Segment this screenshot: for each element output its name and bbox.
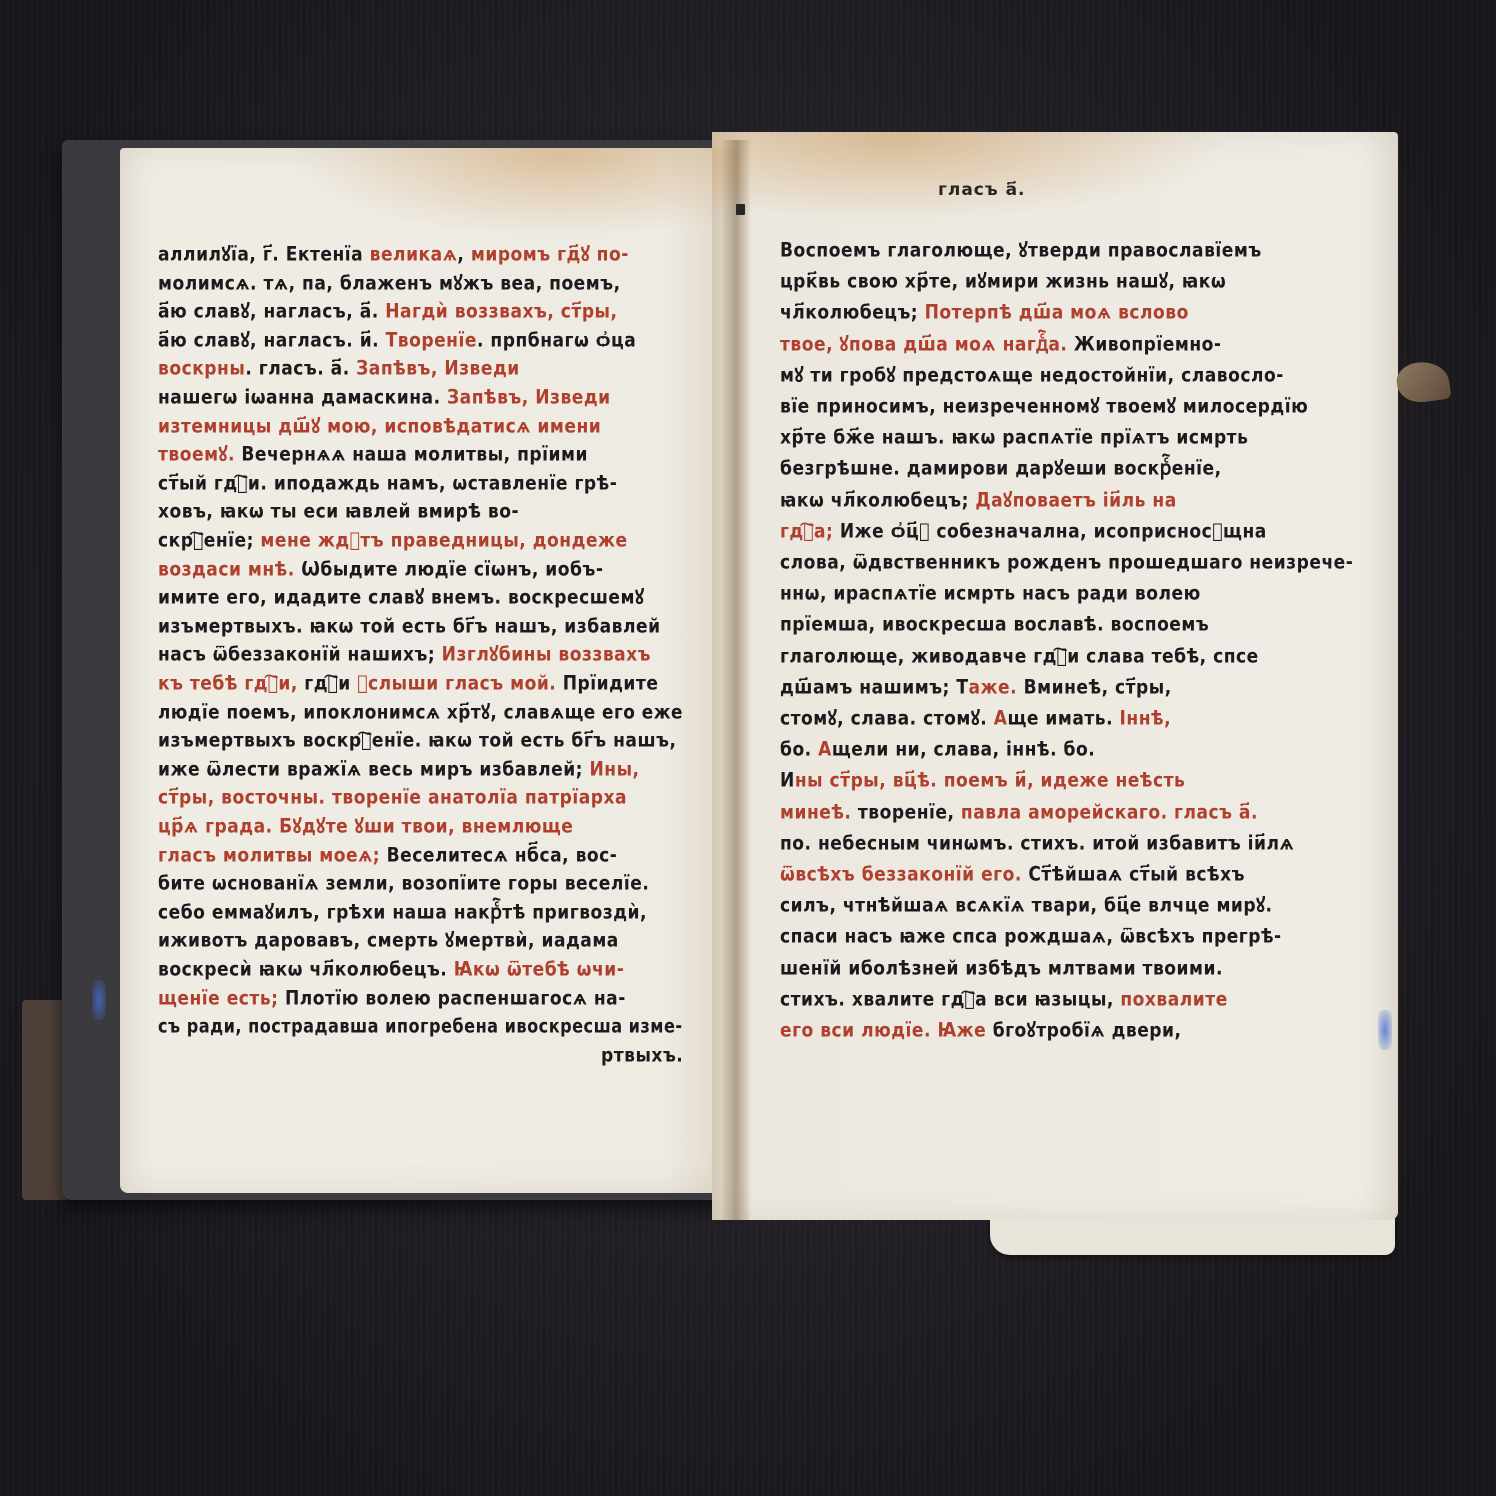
- body-text: ст҃ры,: [1115, 675, 1172, 698]
- manuscript-line: насъ ѿбеззаконїй нашихъ; Изглꙋбины воззв…: [158, 642, 651, 667]
- rubric-text: Потерпѣ дш҃а моѧ вслово: [925, 301, 1189, 324]
- body-text: Веселитесѧ нб҃са, вос-: [387, 843, 618, 866]
- manuscript-line: глаголюще, живодавче гдⷭ҇и слава тебѣ, с…: [780, 643, 1259, 668]
- blue-ink-mark: [1378, 1010, 1392, 1050]
- manuscript-line: по. небесным чинѡмъ. стихъ. итой избавит…: [780, 830, 1294, 855]
- body-text: людїе поемъ, ипоклонимсѧ хр҃тꙋ, славѧще …: [158, 700, 683, 723]
- body-text: изъмертвыхъ. ꙗкѡ той есть бг҃ъ нашъ, изб…: [158, 614, 661, 637]
- body-text: шенїй иболѣзней избѣдъ млтвами твоими.: [780, 956, 1223, 979]
- body-text: ховъ, ꙗкѡ ты еси ꙗвлей вмирѣ во-: [158, 500, 519, 523]
- body-text: стомꙋ, слава. стомꙋ.: [780, 706, 994, 729]
- manuscript-line: гласъ молитвы моеѧ; Веселитесѧ нб҃са, во…: [158, 842, 617, 867]
- manuscript-line: шенїй иболѣзней избѣдъ млтвами твоими.: [780, 955, 1223, 980]
- body-text: И: [780, 769, 795, 792]
- body-text: Воспоемъ глаголюще, ꙋтверди православїем…: [780, 238, 1262, 261]
- body-text: прїемша, ивоскресша вославѣ. воспоемъ: [780, 613, 1209, 636]
- rubric-text: , ст҃ры,: [547, 300, 617, 323]
- manuscript-line: а҃ю славꙋ, нагласъ, а҃. Нагдѝ воззвахъ, …: [158, 299, 618, 324]
- rubric-text: твоемꙋ.: [158, 443, 241, 466]
- body-text: ннѡ, ираспѧтїе исмрть насъ ради волею: [780, 582, 1201, 605]
- manuscript-line: ижив͏отъ даровавъ, смерть ꙋмертвѝ, иадам…: [158, 928, 619, 953]
- manuscript-line: Ины ст҃ры, вц҃ѣ. поемъ и҃, идеже неѣсть: [780, 768, 1185, 793]
- manuscript-line: минеѣ. творенїе, павла аморейскаго. глас…: [780, 799, 1258, 824]
- body-text: Плотїю волею распеншагосѧ на-: [285, 986, 626, 1009]
- manuscript-line: спаси насъ ꙗже спса рождшаѧ, ѿвсѣхъ прег…: [780, 924, 1282, 949]
- body-text: мꙋ ти гробꙋ предстоѧще недостойнїи, слав…: [780, 363, 1284, 386]
- manuscript-line: нашегѡ іѡанна дамаскина. Запѣвъ, Изведи: [158, 384, 611, 409]
- manuscript-line: аллилꙋїа, г҃. Ектенїа великаѧ, миромъ гд…: [158, 241, 629, 266]
- body-text: Иже ѻ҆ц҃ꙋ собезначална, исоприсносꙋщна: [840, 519, 1267, 542]
- manuscript-line: твое, ꙋпова дш҃а моѧ нагдⷭ҇а. Живопрїемн…: [780, 331, 1221, 356]
- manuscript-line: къ тебѣ гдⷭ҇и, гдⷭ҇и ꙋслыши гласъ мой. П…: [158, 670, 658, 695]
- manuscript-line: изтемницы дш҃ꙋ мою, исповѣдатисѧ имени: [158, 413, 601, 438]
- rubric-text: воздаси мнѣ.: [158, 557, 301, 580]
- body-text: щели ни, слава, іннѣ. бо.: [832, 738, 1095, 761]
- manuscript-line: съ ради, пострадавша ипогребена ивоскрес…: [158, 1014, 683, 1039]
- manuscript-line: его вси людїе. Ꙗже бгоꙋтробїѧ двери,: [780, 1017, 1182, 1042]
- body-text: имите его, идадите славꙋ внемъ. воскресш…: [158, 586, 644, 609]
- manuscript-line: бо. Ащели ни, слава, іннѣ. бо.: [780, 737, 1095, 762]
- rubric-text: цр҃ѧ града.: [158, 814, 279, 837]
- body-text: бгоꙋтробїѧ двери,: [993, 1018, 1182, 1041]
- manuscript-line: силъ, чтнѣйшаѧ всѧкїѧ твари, бц҃е влчце …: [780, 893, 1273, 918]
- manuscript-line: ꙗкѡ чл҃колюбецъ; Даꙋповаетъ іи҃ль на: [780, 487, 1177, 512]
- body-text: бо.: [780, 738, 818, 761]
- rubric-text: гдⷭ҇а;: [780, 519, 840, 542]
- blue-ink-mark: [92, 980, 106, 1020]
- body-text: ртвыхъ.: [601, 1043, 683, 1066]
- binding-hole: [736, 204, 745, 215]
- body-text: слова, ѿдвственникъ рожденъ прошедшаго н…: [780, 550, 1353, 573]
- rubric-text: ст҃ры, восточны. творенїе анатолїа патрї…: [158, 786, 627, 809]
- manuscript-line: ртвыхъ.: [601, 1042, 683, 1067]
- body-text: насъ ѿбеззаконїй нашихъ;: [158, 643, 442, 666]
- body-text: хр҃те бж҃е нашъ. ꙗкѡ распѧтїе прїѧтъ исм…: [780, 426, 1248, 449]
- body-text: молимсѧ. тѧ, па, блаженъ мꙋжъ веа, поемъ…: [158, 271, 621, 294]
- manuscript-line: а҃ю славꙋ, нагласъ. и҃. Творенїе. прпбна…: [158, 327, 636, 352]
- body-text: Т: [956, 675, 968, 698]
- manuscript-line: изъмертвыхъ. ꙗкѡ той есть бг҃ъ нашъ, изб…: [158, 613, 661, 638]
- rubric-text: мене ждꙋтъ праведницы, дондеже: [260, 528, 627, 551]
- manuscript-line: ховъ, ꙗкѡ ты еси ꙗвлей вмирѣ во-: [158, 499, 519, 524]
- body-text: вїе приносимъ, неизреченномꙋ твоемꙋ мило…: [780, 394, 1308, 417]
- manuscript-line: прїемша, ивоскресша вославѣ. воспоемъ: [780, 612, 1209, 637]
- rubric-text: его вси людїе.: [780, 1018, 937, 1041]
- manuscript-line: чл҃колюбецъ; Потерпѣ дш҃а моѧ вслово: [780, 300, 1189, 325]
- manuscript-line: ннѡ, ираспѧтїе исмрть насъ ради волею: [780, 581, 1201, 606]
- body-text: Ѡбыдите людїе сїѡнъ, иобъ-: [301, 557, 603, 580]
- rubric-text: Изглꙋбины воззвахъ: [442, 643, 651, 666]
- body-text: а҃ю славꙋ, нагласъ. и҃.: [158, 328, 386, 351]
- rubric-text: щенїе есть;: [158, 986, 285, 1009]
- rubric-text: Даꙋповаетъ іи҃ль на: [975, 488, 1176, 511]
- water-stain-left: [290, 148, 740, 238]
- body-text: творенїе,: [858, 800, 961, 823]
- body-text: изъмертвыхъ воскрⷭ҇енїе. ꙗкѡ той есть бг…: [158, 729, 676, 752]
- rubric-text: миромъ гд҃ꙋ по-: [471, 242, 629, 265]
- body-text: ,: [457, 242, 470, 265]
- water-stain-right: [712, 132, 1232, 222]
- rubric-text: Творенїе: [386, 328, 477, 351]
- body-text: чл҃колюбецъ;: [780, 301, 925, 324]
- rubric-text: А: [994, 706, 1008, 729]
- body-text: дш҃амъ нашимъ;: [780, 675, 956, 698]
- body-text: . прпбнагѡ ѻ҆ца: [477, 328, 636, 351]
- manuscript-line: ст҃ры, восточны. творенїе анатолїа патрї…: [158, 785, 627, 810]
- body-text: иже ѿлести вражїѧ весь миръ избавлей;: [158, 757, 589, 780]
- manuscript-line: имите его, идадите славꙋ внемъ. воскресш…: [158, 585, 644, 610]
- manuscript-line: бите ѡснованїѧ земли, возопїите горы вес…: [158, 871, 649, 896]
- page-heading: гласъ а҃.: [938, 180, 1026, 200]
- body-text: Вминеѣ,: [1024, 675, 1115, 698]
- rubric-text: Бꙋдꙋте ꙋши твои, внемлюще: [279, 814, 573, 837]
- rubric-text: твое, ꙋпова дш҃а моѧ нагдⷭ҇а.: [780, 332, 1074, 355]
- rubric-text: Ꙗкѡ ѿтебѣ ѡчи-: [454, 957, 625, 980]
- body-text: нашегѡ іѡанна дамаскина.: [158, 385, 447, 408]
- rubric-text: минеѣ.: [780, 800, 858, 823]
- rubric-text: А: [818, 738, 832, 761]
- manuscript-line: ст҃ый гдⷭ҇и. иподаждь намъ, ѡставленїе г…: [158, 470, 617, 495]
- book-gutter: [722, 140, 750, 1220]
- rubric-text: Запѣвъ, Изведи: [356, 357, 520, 380]
- body-text: безгрѣшне. дамирови дарꙋеши воскрⷭ҇енїе,: [780, 457, 1222, 480]
- manuscript-line: себо еммаꙋилъ, грѣхи наша накрⷭ҇тѣ пригв…: [158, 899, 647, 924]
- rubric-text: павла аморейскаго. гласъ а҃.: [961, 800, 1258, 823]
- manuscript-line: безгрѣшне. дамирови дарꙋеши воскрⷭ҇енїе,: [780, 456, 1222, 481]
- body-text: гдⷭ҇и: [304, 671, 357, 694]
- manuscript-line: хр҃те бж҃е нашъ. ꙗкѡ распѧтїе прїѧтъ исм…: [780, 425, 1248, 450]
- manuscript-line: стомꙋ, слава. стомꙋ. Аще имать. Іннѣ,: [780, 705, 1171, 730]
- body-text: по. небесным чинѡмъ. стихъ. итой избавит…: [780, 831, 1294, 854]
- manuscript-line: молимсѧ. тѧ, па, блаженъ мꙋжъ веа, поемъ…: [158, 270, 621, 295]
- manuscript-line: стихъ. хвалите гдⷭ҇а вси ꙗзыцы, похвалит…: [780, 986, 1228, 1011]
- body-text: Ст҃ѣйшаѧ ст҃ый всѣхъ: [1028, 862, 1245, 885]
- body-text: себо еммаꙋилъ, грѣхи наша накрⷭ҇тѣ пригв…: [158, 900, 647, 923]
- body-text: спаси насъ ꙗже спса рождшаѧ, ѿвсѣхъ прег…: [780, 925, 1282, 948]
- rubric-text: великаѧ: [370, 242, 458, 265]
- body-text: а҃ю славꙋ, нагласъ, а҃.: [158, 300, 385, 323]
- manuscript-line: щенїе есть; Плотїю волею распеншагосѧ на…: [158, 985, 626, 1010]
- manuscript-line: воскресѝ ꙗкѡ чл҃колюбецъ. Ꙗкѡ ѿтебѣ ѡчи-: [158, 956, 624, 981]
- manuscript-line: изъмертвыхъ воскрⷭ҇енїе. ꙗкѡ той есть бг…: [158, 728, 676, 753]
- rubric-text: Нагдѝ воззвахъ: [385, 300, 547, 323]
- manuscript-line: гдⷭ҇а; Иже ѻ҆ц҃ꙋ собезначална, исоприсно…: [780, 518, 1267, 543]
- rubric-text: къ тебѣ гдⷭ҇и,: [158, 671, 304, 694]
- body-text: ижив͏отъ даровавъ, смерть ꙋмертвѝ, иадам…: [158, 929, 619, 952]
- rubric-text: Ины,: [589, 757, 639, 780]
- manuscript-line: Воспоемъ глаголюще, ꙋтверди православїем…: [780, 237, 1262, 262]
- body-text: . гласъ. а҃.: [245, 357, 356, 380]
- rubric-text: ны ст҃ры, вц҃ѣ. поемъ и҃, идеже неѣсть: [795, 769, 1186, 792]
- rubric-text: гласъ молитвы моеѧ;: [158, 843, 387, 866]
- rubric-text: воскрны: [158, 357, 245, 380]
- body-text: аллилꙋїа, г҃. Ектенїа: [158, 242, 370, 265]
- body-text: ꙗкѡ чл҃колюбецъ;: [780, 488, 975, 511]
- body-text: Живопрїемно-: [1074, 332, 1222, 355]
- body-text: съ ради, пострадавша ипогребена ивоскрес…: [158, 1015, 683, 1038]
- rubric-text: ꙋслыши гласъ мой.: [357, 671, 563, 694]
- body-text: воскресѝ ꙗкѡ чл҃колюбецъ.: [158, 957, 454, 980]
- body-text: силъ, чтнѣйшаѧ всѧкїѧ твари, бц҃е влчце …: [780, 894, 1273, 917]
- body-text: ще имать.: [1007, 706, 1119, 729]
- manuscript-line: воздаси мнѣ. Ѡбыдите людїе сїѡнъ, иобъ-: [158, 556, 603, 581]
- manuscript-line: дш҃амъ нашимъ; Таже. Вминеѣ, ст҃ры,: [780, 674, 1172, 699]
- manuscript-line: иже ѿлести вражїѧ весь миръ избавлей; Ин…: [158, 756, 640, 781]
- body-text: стихъ. хвалите гдⷭ҇а вси ꙗзыцы,: [780, 987, 1120, 1010]
- rubric-text: аже.: [969, 675, 1024, 698]
- rubric-text: похвалите: [1120, 987, 1227, 1010]
- manuscript-line: слова, ѿдвственникъ рожденъ прошедшаго н…: [780, 549, 1353, 574]
- rubric-text: Іннѣ,: [1120, 706, 1172, 729]
- rubric-text: ѿвсѣхъ беззаконїй его.: [780, 862, 1028, 885]
- body-text: Прїидите: [563, 671, 659, 694]
- manuscript-line: воскрны. гласъ. а҃. Запѣвъ, Изведи: [158, 356, 520, 381]
- manuscript-line: вїе приносимъ, неизреченномꙋ твоемꙋ мило…: [780, 393, 1308, 418]
- body-text: бите ѡснованїѧ земли, возопїите горы вес…: [158, 872, 649, 895]
- manuscript-line: твоемꙋ. Вечернѧѧ наша молитвы, прїими: [158, 442, 588, 467]
- manuscript-line: цр҃ѧ града. Бꙋдꙋте ꙋши твои, внемлюще: [158, 813, 573, 838]
- rubric-text: Запѣвъ, Изведи: [447, 385, 611, 408]
- body-text: Вечернѧѧ наша молитвы, прїими: [241, 443, 588, 466]
- body-text: црк҃вь свою хр҃те, иꙋмири жизнь нашꙋ, ꙗк…: [780, 270, 1226, 293]
- body-text: ст҃ый гдⷭ҇и. иподаждь намъ, ѡставленїе г…: [158, 471, 617, 494]
- manuscript-line: людїе поемъ, ипоклонимсѧ хр҃тꙋ, славѧще …: [158, 699, 683, 724]
- rubric-text: изтемницы дш҃ꙋ мою, исповѣдатисѧ имени: [158, 414, 601, 437]
- manuscript-line: мꙋ ти гробꙋ предстоѧще недостойнїи, слав…: [780, 362, 1284, 387]
- rubric-text: Ꙗже: [937, 1018, 992, 1041]
- manuscript-line: ѿвсѣхъ беззаконїй его. Ст҃ѣйшаѧ ст҃ый вс…: [780, 861, 1245, 886]
- manuscript-line: црк҃вь свою хр҃те, иꙋмири жизнь нашꙋ, ꙗк…: [780, 269, 1226, 294]
- manuscript-line: скрⷭ҇енїе; мене ждꙋтъ праведницы, дондеж…: [158, 527, 628, 552]
- body-text: скрⷭ҇енїе;: [158, 528, 260, 551]
- body-text: глаголюще, живодавче гдⷭ҇и слава тебѣ, с…: [780, 644, 1259, 667]
